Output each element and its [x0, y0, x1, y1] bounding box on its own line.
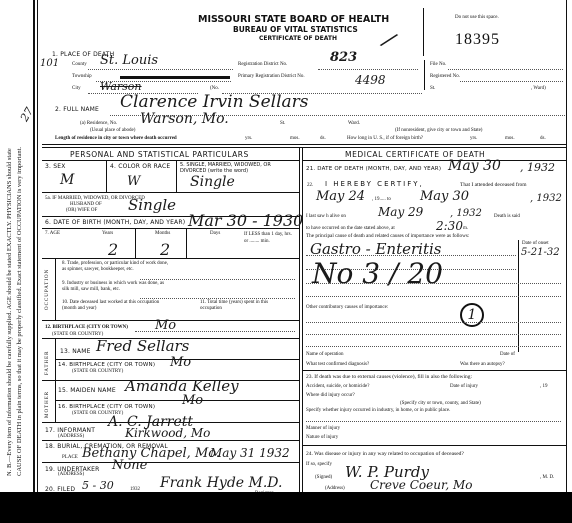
nature-label: Nature of injury [306, 435, 338, 440]
ds-label: ds. [320, 136, 326, 141]
registered-no-label: Registered No. [430, 74, 460, 79]
occupation-side-label: OCCUPATION [45, 269, 50, 310]
onset-value: 5-21-32 [521, 247, 560, 258]
dob-label: 6. DATE OF BIRTH (MONTH, DAY, AND YEAR) [45, 219, 185, 226]
do-not-use-label: Do not use this space. [455, 15, 499, 20]
manner-label: Manner of injury [306, 426, 340, 431]
yrs-label: yrs. [245, 136, 252, 141]
margin-note: N. B.—Every item of information should b… [2, 6, 32, 476]
father-name-label: 13. NAME [60, 348, 91, 355]
margin-number: 101 [40, 58, 59, 69]
us-yrs-label: yrs. [470, 136, 477, 141]
burial-date-value: May 31 1932 [210, 446, 290, 460]
registrar-signature: Frank Hyde M.D. [160, 475, 282, 491]
father-birthplace-label: 14. BIRTHPLACE (CITY OR TOWN) [58, 362, 155, 368]
registration-district-value: 823 [330, 50, 357, 65]
contributory-label: Other contributory causes of importance: [306, 305, 388, 310]
scan-border [0, 492, 572, 523]
cause-annotation: No 3 / 20 [312, 257, 443, 290]
if-so-label: If so, specify [306, 462, 332, 467]
months-label: Months [155, 231, 170, 236]
file-no-label: File No. [430, 62, 446, 67]
sex-label: 3. SEX [45, 163, 66, 170]
last-saw-year: , 1932 [450, 208, 482, 219]
days-label: Days [210, 231, 220, 236]
certificate-number: 18395 [455, 31, 500, 49]
no-label: (No. [210, 86, 219, 91]
occupation-9-label: 9. Industry or business in which work wa… [62, 281, 172, 293]
us-ds-label: ds. [540, 136, 546, 141]
mother-name-label: 15. MAIDEN NAME [58, 387, 116, 394]
us-mos-label: mos. [505, 136, 515, 141]
form-title: MISSOURI STATE BOARD OF HEALTH [198, 14, 389, 25]
burial-place-label: PLACE [62, 455, 78, 460]
father-name-value: Fred Sellars [96, 337, 189, 355]
years-value: 2 [108, 240, 118, 259]
occupation-11-label: 11. Total time (years) spent in this occ… [200, 300, 290, 312]
primary-registration-value: 4498 [355, 73, 386, 87]
external-causes-label: 23. If death was due to external causes … [306, 374, 472, 380]
death-said-label: Death is said [494, 214, 520, 219]
birthplace-label: 12. BIRTHPLACE (CITY OR TOWN) [45, 325, 128, 330]
length-residence-label: Length of residence in city or town wher… [55, 136, 177, 141]
mother-side-label: MOTHER [45, 391, 50, 418]
father-birthplace-value: Mo [170, 355, 191, 370]
margin-note-line-1: N. B.—Every item of information should b… [6, 148, 13, 476]
county-value: St. Louis [100, 53, 158, 68]
physician-address: Creve Coeur, Mo [370, 478, 473, 492]
age-label: 7. AGE [45, 231, 60, 236]
residence-hint: (Usual place of abode) [90, 128, 135, 133]
color-label: 4. COLOR OR RACE [110, 163, 170, 170]
date-of-death-value: May 30 [448, 158, 501, 174]
check-mark: / [379, 28, 398, 53]
mother-birthplace-value: Mo [182, 393, 203, 408]
marital-value: Single [190, 174, 235, 190]
certify-number: 22. [307, 183, 313, 188]
how-long-label: How long in U. S., if of foreign birth? [347, 136, 423, 141]
full-name-label: 2. FULL NAME [55, 106, 99, 113]
ward-label: , Ward) [531, 86, 546, 91]
time-suffix: m. [463, 226, 468, 231]
operation-label: Name of operation [306, 352, 344, 357]
specify-label: Specify whether injury occurred in indus… [306, 408, 450, 413]
informant-address-value: Kirkwood, Mo [125, 426, 210, 440]
attended-year: , 1932 [530, 193, 562, 204]
registration-district-label: Registration District No. [238, 62, 287, 67]
injury-year-label: , 19 [540, 384, 548, 389]
accident-label: Accident, suicide, or homicide? [306, 384, 369, 389]
occupation-8-label: 8. Trade, profession, or particular kind… [62, 261, 172, 273]
mos-label: mos. [290, 136, 300, 141]
spouse-value: Single [128, 196, 176, 214]
diagnosis-label: What test confirmed diagnosis? [306, 362, 369, 367]
father-birthplace-sub: (STATE OR COUNTRY) [72, 369, 123, 374]
undertaker-value: None [112, 458, 147, 473]
father-side-label: FATHER [45, 350, 50, 375]
township-label: Township [72, 74, 92, 79]
years-label: Years [102, 231, 113, 236]
nonresident-hint: (If nonresident, give city or town and S… [395, 128, 482, 133]
st-label: St. [430, 86, 435, 91]
occupation-10-label: 10. Date deceased last worked at this oc… [62, 300, 172, 312]
less-than-label: If LESS than 1 day, hrs. or ........ min… [244, 231, 296, 245]
autopsy-label: Was there an autopsy? [460, 362, 505, 367]
last-saw-value: May 29 [378, 205, 423, 219]
residence-value: Warson, Mo. [140, 111, 229, 127]
burial-place-value: Bethany Chapel, Mo. [82, 446, 220, 461]
color-value: W [127, 174, 140, 189]
operation-date-label: Date of [500, 352, 515, 357]
residence-label: (a) Residence, No. [80, 121, 117, 126]
cause-intro: The principal cause of death and related… [306, 233, 469, 239]
full-name-value: Clarence Irvin Sellars [120, 92, 309, 112]
informant-label: 17. INFORMANT [45, 427, 95, 434]
city-label: City [72, 86, 81, 91]
signed-label: (Signed) [315, 475, 332, 480]
personal-section-title: PERSONAL AND STATISTICAL PARTICULARS [70, 150, 249, 159]
certify-text: That I attended deceased from [460, 182, 527, 188]
residence-st-label: St. [280, 121, 285, 126]
injury-date-label: Date of injury [450, 384, 478, 389]
md-label: , M. D. [540, 475, 554, 480]
certify-heading: I HEREBY CERTIFY, [325, 180, 424, 188]
township-strikeout [120, 76, 230, 79]
filed-date: 5 - 30 [82, 479, 114, 492]
spouse-label-3: (OR) WIFE OF [66, 208, 97, 213]
attended-from-value: May 24 [316, 189, 365, 204]
onset-label: Date of onset [522, 241, 549, 246]
county-label: County [72, 62, 87, 67]
contributory-mark: 1 [460, 303, 484, 327]
date-of-death-year: , 1932 [520, 161, 555, 174]
time-of-death: 2:30 [436, 219, 463, 233]
address-label: (Address) [325, 486, 345, 491]
margin-note-line-2: CAUSE OF DEATH in plain terms, so that i… [16, 147, 23, 476]
primary-registration-label: Primary Registration District No. [238, 74, 305, 79]
last-saw-label: I last saw h alive on [306, 214, 346, 219]
attended-to-value: May 30 [420, 189, 469, 204]
form-certificate-type: CERTIFICATE OF DEATH [259, 35, 337, 42]
attended-to-label: , 19..... to [372, 197, 391, 202]
sex-value: M [60, 172, 74, 188]
undertaker-address-label: (ADDRESS) [58, 472, 84, 477]
months-value: 2 [160, 240, 170, 259]
related-occupation-label: 24. Was disease or injury in any way rel… [306, 451, 464, 457]
spouse-label-2: HUSBAND OF [70, 202, 102, 207]
date-of-death-label: 21. DATE OF DEATH (MONTH, DAY, AND YEAR) [306, 166, 441, 172]
where-hint: (Specify city or town, county, and State… [400, 401, 481, 406]
where-label: Where did injury occur? [306, 393, 355, 398]
form-subtitle: BUREAU OF VITAL STATISTICS [233, 25, 358, 34]
mother-birthplace-label: 16. BIRTHPLACE (CITY OR TOWN) [58, 404, 155, 410]
informant-address-label: (ADDRESS) [58, 434, 84, 439]
marital-label: 5. SINGLE, MARRIED, WIDOWED, OR DIVORCED… [180, 162, 296, 174]
occurred-label: to have occurred on the date stated abov… [306, 226, 395, 231]
residence-ward-label: Ward. [348, 121, 360, 126]
